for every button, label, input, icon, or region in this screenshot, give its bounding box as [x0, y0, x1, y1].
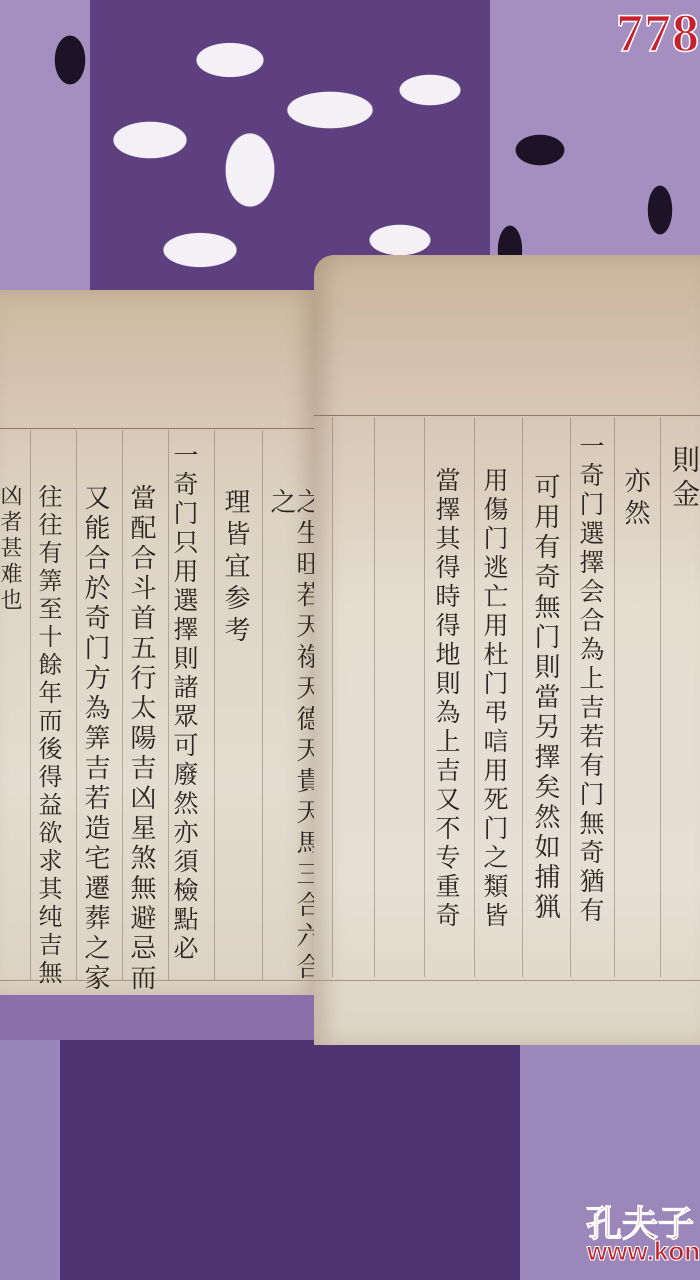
watermark-number: 778 [616, 2, 700, 64]
text-column: 一奇门只用選擇則諸眾可廢然亦須檢點必 [172, 442, 197, 964]
text-column: 之生旺若天祿天德天貴天馬三合六合之 [268, 488, 320, 995]
column-rule [614, 417, 615, 977]
open-manuscript-book: 之生旺若天祿天德天貴天馬三合六合之 理皆宜参考 一奇门只用選擇則諸眾可廢然亦須檢… [0, 250, 700, 1050]
text-column: 凶者甚难也 [0, 484, 20, 614]
column-rule [214, 430, 215, 980]
text-column: 當擇其得時得地則為上吉又不专重奇 [434, 467, 459, 931]
text-column: 又能合於奇门方為筭吉若造宅遷葬之家 [82, 484, 108, 994]
column-rule [374, 417, 375, 977]
text-column: 往往有筭至十餘年而後得益欲求其纯吉無 [36, 484, 60, 988]
column-rule [168, 430, 169, 980]
header-rule [0, 428, 314, 429]
right-page: 則金 亦然 一奇门選擇会合為上吉若有门無奇猶有 可用有奇無门則當另擇矣然如捕猟 … [314, 255, 700, 1045]
header-rule [314, 415, 700, 416]
column-rule [424, 417, 425, 977]
footer-rule [314, 980, 700, 981]
text-column: 亦然 [622, 467, 648, 531]
text-column: 一奇门選擇会合為上吉若有门無奇猶有 [578, 433, 603, 926]
column-rule [474, 417, 475, 977]
text-column: 用傷门逃亡用杜门弔唁用死门之類皆 [482, 467, 507, 931]
column-rule [522, 417, 523, 977]
column-rule [262, 430, 263, 980]
column-rule [76, 430, 77, 980]
column-rule [332, 417, 333, 977]
text-column-partial: 則金 [670, 445, 698, 513]
text-column: 理皆宜参考 [222, 488, 248, 648]
column-rule [30, 430, 31, 980]
text-column: 當配合斗首五行太陽吉凶星煞無避忌而 [128, 484, 154, 994]
watermark-url: www.kon [587, 1236, 700, 1267]
column-rule [570, 417, 571, 977]
left-page: 之生旺若天祿天德天貴天馬三合六合之 理皆宜参考 一奇门只用選擇則諸眾可廢然亦須檢… [0, 290, 314, 995]
column-rule [660, 417, 661, 977]
column-rule [122, 430, 123, 980]
text-column: 可用有奇無门則當另擇矣然如捕猟 [532, 473, 558, 923]
